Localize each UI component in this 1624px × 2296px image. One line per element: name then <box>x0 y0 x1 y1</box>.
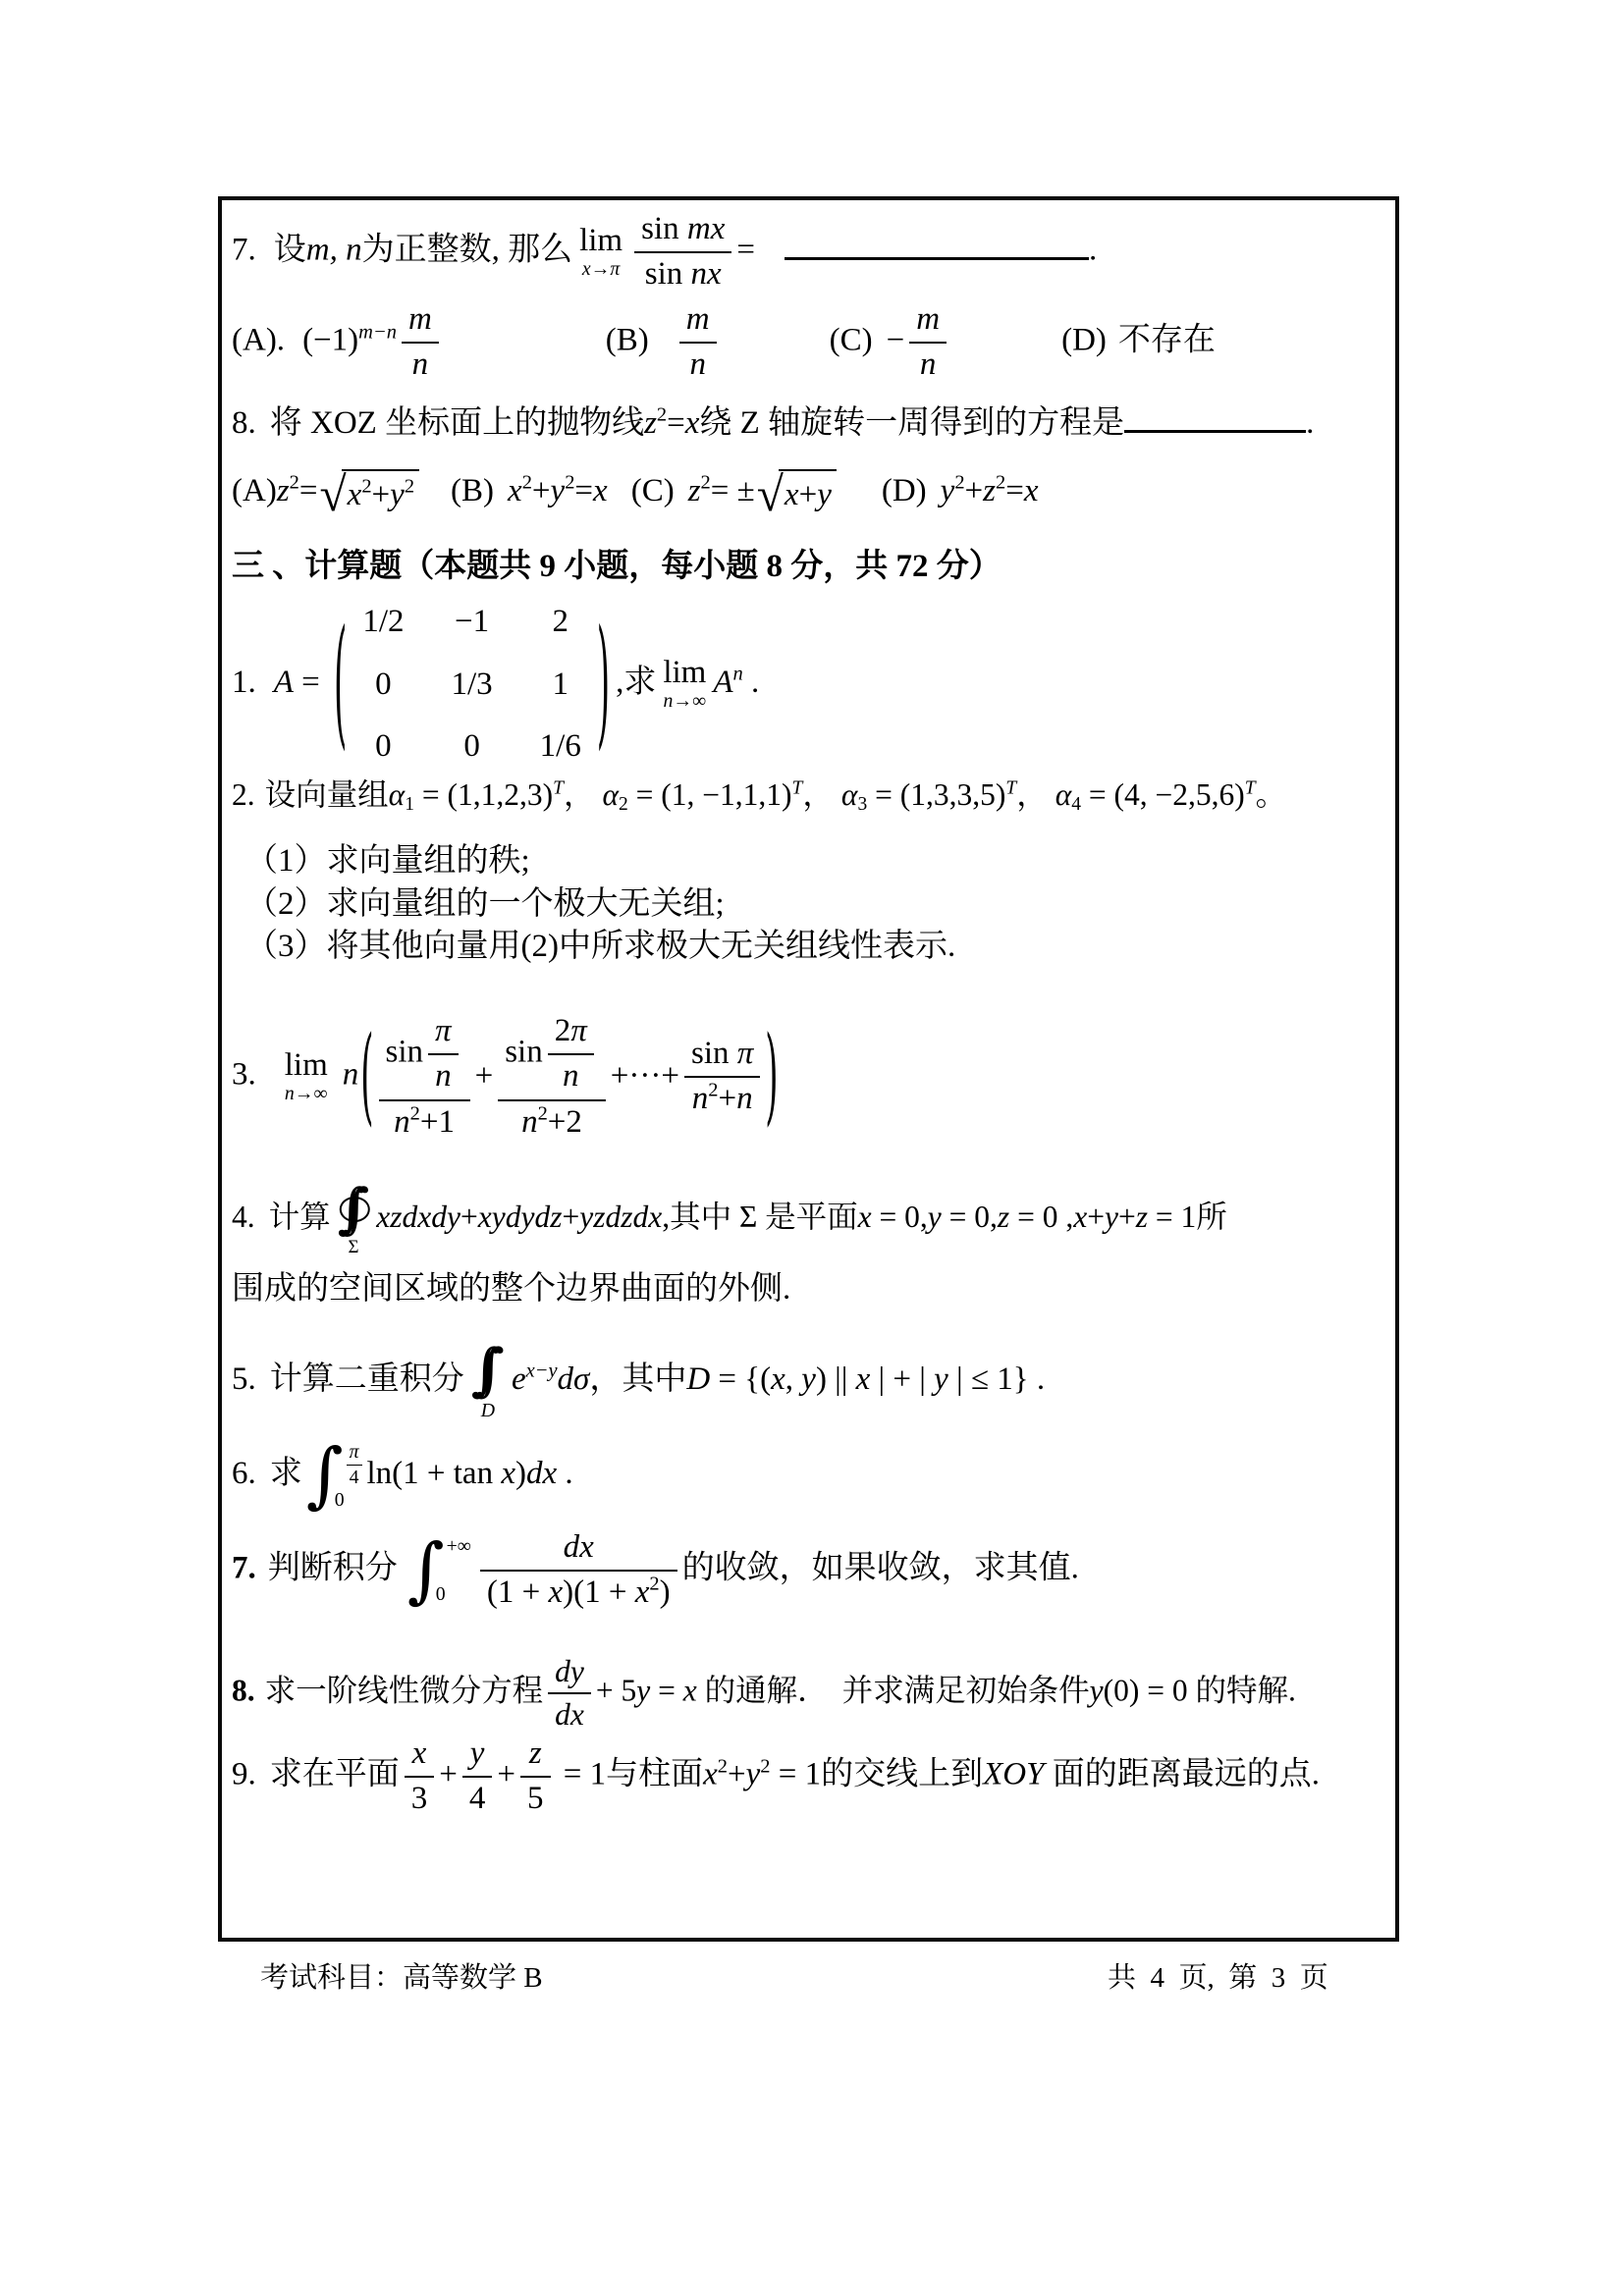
fraction-denominator: 5 <box>520 1778 551 1819</box>
footer-page-number: 共 4 页, 第 3 页 <box>1108 1955 1328 1996</box>
text-run: sin <box>645 256 691 292</box>
superscript: 2 <box>718 1755 728 1777</box>
integral-limits: π40 <box>346 1440 363 1512</box>
text-run: + <box>1087 1200 1105 1234</box>
text-run: 计算 <box>269 1200 331 1234</box>
math-fraction: sinπnn2+1 <box>379 1011 470 1143</box>
text-run: →∞ <box>295 1083 328 1104</box>
math-variable: z <box>1136 1200 1148 1234</box>
superscript: 2 <box>361 476 371 498</box>
line-q2i1: （1）求向量组的秩; <box>245 840 530 883</box>
fraction-numerator: y <box>462 1735 493 1778</box>
matrix-cell: 0 <box>375 725 392 769</box>
fraction-numerator: 2π <box>548 1012 594 1055</box>
math-variable: x <box>348 477 362 512</box>
superscript: 2 <box>290 472 299 494</box>
text-run: 4 <box>1071 794 1081 815</box>
line-q8b: 8.求一阶线性微分方程dydx+ 5y = x 的通解．并求满足初始条件y(0)… <box>232 1653 1296 1734</box>
fraction-numerator: sin mx <box>634 210 731 253</box>
math-variable: x <box>771 1362 785 1397</box>
text-run: = <box>736 233 755 268</box>
math-variable: z <box>983 473 996 508</box>
math-variable: z <box>529 1735 542 1771</box>
text-run: 计算二重积分 <box>270 1362 464 1397</box>
math-variable: dx <box>564 1529 594 1565</box>
text-run: | ≤ 1} <box>948 1362 1029 1397</box>
open-paren-icon: ( <box>334 614 347 755</box>
superscript: x−y <box>526 1361 558 1382</box>
text-run: + <box>728 1757 746 1792</box>
math-variable: m−n <box>358 321 397 343</box>
matrix-cell: 2 <box>552 601 568 644</box>
superscript: 2 <box>701 472 711 494</box>
math-variable: x <box>635 1575 650 1610</box>
superscript: T <box>1245 777 1256 798</box>
math-variable: n <box>663 690 673 712</box>
text-run: 3. <box>232 1056 256 1092</box>
math-variable: T <box>1005 777 1016 798</box>
math-radical: √x+y <box>757 469 837 517</box>
text-run: 求一阶线性微分方程 <box>265 1673 544 1707</box>
line-q3: 3.limn→∞n(sinπnn2+1+sin2πnn2+2+···+sin π… <box>232 1011 781 1143</box>
math-fraction: mn <box>679 300 717 385</box>
matrix-cell: 1/3 <box>451 664 492 707</box>
text-run: + <box>497 1757 515 1792</box>
math-variable: y <box>941 473 955 508</box>
math-fraction: sin mxsin nx <box>634 210 731 294</box>
text-run: 2 <box>708 1080 718 1101</box>
math-variable: A <box>274 665 294 700</box>
fraction-numerator: m <box>402 300 439 344</box>
math-variable: x <box>858 1200 872 1234</box>
footer-exam-subject: 考试科目：高等数学 B <box>260 1955 543 1996</box>
math-variable: x <box>785 477 799 512</box>
text-run: 2 <box>555 1013 571 1048</box>
text-run: = <box>650 1673 683 1707</box>
text-run: ,求 <box>616 665 656 700</box>
text-run: . <box>743 665 760 700</box>
math-fraction: mn <box>402 300 439 385</box>
subscript: 3 <box>857 794 867 815</box>
text-run: 2 <box>619 794 628 815</box>
fraction-numerator: sin2πn <box>498 1011 606 1101</box>
math-variable: y <box>1090 1673 1104 1707</box>
math-fraction: x3 <box>405 1735 435 1819</box>
limit-operator: lim <box>285 1049 328 1082</box>
text-run: 8. <box>232 405 256 441</box>
superscript: T <box>1005 777 1016 798</box>
text-run: 所 <box>1196 1200 1227 1234</box>
fraction-denominator: dx <box>548 1694 591 1734</box>
math-variable: α <box>841 777 858 812</box>
text-run: 2 <box>405 476 414 498</box>
math-variable: x <box>703 1757 718 1792</box>
math-fraction: π4 <box>347 1441 362 1489</box>
math-variable: n <box>343 1056 359 1092</box>
fraction-numerator: m <box>679 300 717 344</box>
text-run: (D) <box>1061 323 1107 358</box>
math-variable: π <box>737 1036 754 1071</box>
text-run: 2 <box>718 1755 728 1777</box>
matrix-cell: 0 <box>375 664 392 707</box>
math-variable: T <box>792 777 803 798</box>
math-variable: xydydz <box>478 1200 563 1234</box>
math-variable: y <box>817 477 832 512</box>
math-variable: dσ <box>558 1362 590 1397</box>
line-q8opts: (A)z2=√x2+y2(B)x2+y2=x(C)z2= ±√x+y(D)y2+… <box>232 469 1039 517</box>
text-run: +···+ <box>611 1055 679 1098</box>
math-variable: n <box>394 1104 410 1140</box>
superscript: 2 <box>649 1574 659 1595</box>
text-run: = {( <box>710 1362 771 1397</box>
text-run: 求在平面 <box>270 1757 400 1792</box>
math-variable: n <box>920 347 937 382</box>
line-q7stem: 7.设m, n为正整数, 那么limx→πsin mxsin nx=. <box>232 210 1097 294</box>
fraction-denominator: n2+1 <box>379 1101 470 1143</box>
math-fraction: 2πn <box>548 1012 594 1096</box>
text-run: 6. <box>232 1456 256 1491</box>
text-run: + <box>1118 1200 1136 1234</box>
math-variable: x <box>508 473 522 508</box>
radicand: x2+y2 <box>342 469 419 517</box>
text-run: 0 <box>436 1583 446 1605</box>
text-run: 2 <box>290 472 299 494</box>
superscript: 2 <box>565 472 574 494</box>
math-variable: A <box>713 665 732 700</box>
text-run: 3 <box>857 794 867 815</box>
text-run: Σ <box>348 1237 358 1257</box>
integral-upper-limit: +∞ <box>447 1536 471 1557</box>
superscript: 2 <box>708 1080 718 1101</box>
line-q7opts: (A).(−1)m−nmn(B)mn(C)−mn(D)不存在 <box>232 300 1216 385</box>
text-run: = <box>299 473 318 508</box>
text-run: 绕 Z 轴旋转一周得到的方程是 <box>699 405 1124 441</box>
text-run: = (1,1,2,3) <box>414 777 553 812</box>
text-run: = <box>667 405 685 441</box>
math-operator: limn→∞ <box>285 1049 328 1104</box>
operator-limit: x→π <box>582 260 620 280</box>
text-run: = ± <box>711 473 755 508</box>
math-variable: x <box>1024 473 1039 508</box>
text-run: ， <box>802 777 834 812</box>
text-run: ) <box>660 1575 671 1610</box>
math-variable: x <box>683 1673 697 1707</box>
group-content: sinπnn2+1+sin2πnn2+2+···+sin πn2+n <box>374 1011 766 1143</box>
operator-limit: Σ <box>348 1239 358 1257</box>
text-run: = 1 <box>771 1757 822 1792</box>
radicand: x+y <box>779 469 837 517</box>
text-run: 并求满足初始条件 <box>842 1673 1090 1707</box>
line-q8stem: 8.将 XOZ 坐标面上的抛物线z2=x绕 Z 轴旋转一周得到的方程是. <box>232 402 1314 446</box>
text-run: （2）求向量组的一个极大无关组; <box>245 886 725 922</box>
text-run: 为正整数, 那么 <box>362 233 573 268</box>
fraction-numerator: π <box>347 1441 362 1466</box>
fraction-numerator: π <box>428 1012 459 1055</box>
math-variable: y <box>934 1362 948 1397</box>
text-run: (A) <box>232 473 277 508</box>
line-q4l2: 围成的空间区域的整个边界曲面的外侧. <box>232 1268 790 1311</box>
text-run: 围成的空间区域的整个边界曲面的外侧. <box>232 1271 790 1307</box>
text-run: +2 <box>548 1104 582 1140</box>
math-variable: y <box>636 1673 650 1707</box>
text-run: ) || <box>816 1362 856 1397</box>
text-run: 5 <box>527 1781 544 1816</box>
text-run: 4 <box>350 1467 359 1488</box>
fraction-numerator: m <box>909 300 947 344</box>
superscript: n <box>733 664 743 685</box>
math-variable: m <box>916 301 940 337</box>
text-run: sin <box>641 211 687 246</box>
definite-integral: ∫+∞0 <box>407 1535 471 1607</box>
integral-limits: +∞0 <box>447 1535 471 1607</box>
fraction-denominator: n <box>548 1055 594 1096</box>
math-variable: mx <box>687 211 725 246</box>
text-run: = <box>1005 473 1024 508</box>
math-variable: x <box>501 1456 515 1491</box>
math-operator: limn→∞ <box>663 657 706 712</box>
matrix-cell: −1 <box>455 601 489 644</box>
text-run: . <box>1029 1362 1046 1397</box>
subscript: 2 <box>619 794 628 815</box>
text-run: = (4, −2,5,6) <box>1081 777 1245 812</box>
surface-integral-icon: ∫∫ <box>338 1182 370 1236</box>
matrix-cell: 1 <box>552 664 568 707</box>
text-run: 。 <box>1256 777 1287 812</box>
text-run: + <box>460 1200 478 1234</box>
text-run: = <box>294 665 328 700</box>
subscript: 1 <box>405 794 414 815</box>
matrix-cell: 1/6 <box>540 725 581 769</box>
fraction-denominator: n <box>909 344 947 385</box>
operator-limit: n→∞ <box>285 1085 328 1104</box>
text-run: 2 <box>954 472 964 494</box>
fraction-denominator: sin nx <box>634 253 731 294</box>
text-run: 2 <box>657 404 667 426</box>
close-paren-icon: ) <box>765 1024 778 1130</box>
math-variable: x <box>856 1362 871 1397</box>
superscript: 2 <box>522 472 532 494</box>
math-variable: y <box>551 473 566 508</box>
text-run: （1）求向量组的秩; <box>245 843 530 879</box>
double-integral-icon: ∫∫ <box>471 1342 505 1399</box>
text-run: )(1 + <box>563 1575 635 1610</box>
text-run: + <box>475 1055 494 1098</box>
text-run: sin <box>691 1036 737 1071</box>
math-fraction: mn <box>909 300 947 385</box>
text-run: 2 <box>701 472 711 494</box>
text-run: 2 <box>996 472 1005 494</box>
matrix-cell: 1/2 <box>362 601 404 644</box>
text-run: 9. <box>232 1757 256 1792</box>
text-run: →∞ <box>673 690 706 712</box>
text-run: = 1 <box>556 1757 607 1792</box>
line-q2stem: 2.设向量组α1 = (1,1,2,3)T，α2 = (1, −1,1,1)T，… <box>232 774 1286 816</box>
math-variable: yzdzdx <box>579 1200 662 1234</box>
math-variable: n <box>412 347 429 382</box>
math-variable: y <box>801 1362 816 1397</box>
text-run: + <box>562 1200 579 1234</box>
fraction-denominator: n2+2 <box>498 1101 606 1143</box>
math-variable: n <box>692 1081 709 1116</box>
math-radical: √x2+y2 <box>320 469 420 517</box>
text-run: (1 + <box>487 1575 549 1610</box>
text-run: 设向量组 <box>265 777 389 812</box>
fraction-denominator: 4 <box>347 1466 362 1489</box>
text-run: +1 <box>420 1104 455 1140</box>
text-run: 不存在 <box>1118 323 1216 358</box>
math-variable: x <box>548 1575 563 1610</box>
text-run: = 0 , <box>1009 1200 1073 1234</box>
fraction-numerator: dx <box>480 1528 677 1572</box>
math-variable: x <box>1073 1200 1087 1234</box>
math-variable: T <box>553 777 564 798</box>
text-run: ， <box>1016 777 1048 812</box>
text-run: ， <box>564 777 595 812</box>
math-variable: D <box>686 1362 710 1397</box>
text-run: + <box>532 473 551 508</box>
math-variable: z <box>277 473 290 508</box>
matrix-grid: 1/2−1201/31001/6 <box>347 597 597 773</box>
math-variable: xzdxdy <box>376 1200 460 1234</box>
bold-text: 7. <box>232 1551 256 1586</box>
text-run: = 0, <box>942 1200 998 1234</box>
math-variable: x <box>685 405 700 441</box>
line-q6: 6.求∫π40ln(1 + tan x)dx . <box>232 1440 573 1512</box>
text-run: → <box>591 258 611 280</box>
fraction-numerator: dy <box>548 1653 591 1694</box>
text-run: − <box>887 323 905 358</box>
text-run: (−1) <box>302 323 358 358</box>
text-run: ) <box>515 1456 526 1491</box>
math-variable: x <box>593 473 608 508</box>
math-variable: x−y <box>526 1361 558 1382</box>
definite-integral: ∫π40 <box>306 1440 363 1512</box>
text-run: | + | <box>870 1362 934 1397</box>
math-variable: nx <box>691 256 722 292</box>
text-run: 将 XOZ 坐标面上的抛物线 <box>270 405 644 441</box>
matrix-cell: 0 <box>463 725 480 769</box>
text-run: 的通解． <box>697 1673 829 1707</box>
math-operator: ∫∫D <box>471 1342 505 1421</box>
text-run: 1. <box>232 665 256 700</box>
close-paren-icon: ) <box>597 614 610 755</box>
text-run: 5. <box>232 1362 256 1397</box>
text-run: 2 <box>361 476 371 498</box>
integral-lower-limit: 0 <box>436 1584 471 1605</box>
fraction-denominator: (1 + x)(1 + x2) <box>480 1572 677 1613</box>
text-run: 2 <box>522 472 532 494</box>
exam-content-border: 7.设m, n为正整数, 那么limx→πsin mxsin nx=.(A).(… <box>218 196 1399 1942</box>
math-variable: e <box>512 1362 526 1397</box>
subscript: 4 <box>1071 794 1081 815</box>
superscript: 2 <box>954 472 964 494</box>
text-run: 2 <box>760 1755 770 1777</box>
fraction-denominator: n <box>402 344 439 385</box>
superscript: 2 <box>405 476 414 498</box>
text-run: = 0, <box>872 1200 928 1234</box>
text-run: (B) <box>606 323 649 358</box>
math-variable: z <box>644 405 657 441</box>
math-variable: π <box>350 1441 359 1463</box>
math-variable: n <box>736 1081 753 1116</box>
math-fraction: dx(1 + x)(1 + x2) <box>480 1528 677 1613</box>
matrix: (1/2−1201/31001/6) <box>334 597 610 773</box>
text-run: ln(1 + tan <box>367 1456 502 1491</box>
text-run: 2 <box>649 1574 659 1595</box>
fraction-numerator: sinπn <box>379 1011 470 1101</box>
math-variable: z <box>688 473 701 508</box>
text-run: + <box>799 477 818 512</box>
math-variable: dx <box>526 1456 557 1491</box>
superscript: T <box>792 777 803 798</box>
limit-operator: lim <box>579 225 623 257</box>
line-sec3: 三 、计算题（本题共 9 小题，每小题 8 分，共 72 分） <box>232 546 1001 589</box>
text-run: 与柱面 <box>606 1757 703 1792</box>
text-run: (D) <box>882 473 927 508</box>
text-run: 4 <box>469 1781 486 1816</box>
text-run: 1 <box>405 794 414 815</box>
line-q2i3: （3）将其他向量用(2)中所求极大无关组线性表示. <box>245 926 955 969</box>
text-run: = <box>574 473 593 508</box>
parenthesized-group: (sinπnn2+1+sin2πnn2+2+···+sin πn2+n) <box>360 1011 778 1143</box>
fraction-denominator: n <box>428 1055 459 1096</box>
exam-page: { "footer": { "left": "考试科目：高等数学 B", "ri… <box>0 0 1624 2296</box>
math-variable: n <box>521 1104 538 1140</box>
text-run: 0 <box>335 1489 345 1511</box>
line-q5: 5.计算二重积分∫∫Dex−ydσ，其中D = {(x, y) || x | +… <box>232 1342 1045 1421</box>
math-fraction: πn <box>428 1012 459 1096</box>
text-run: 2 <box>410 1103 420 1125</box>
text-run: = (1,3,3,5) <box>867 777 1005 812</box>
math-variable: y <box>1105 1200 1118 1234</box>
text-run: 的交线上到 <box>821 1757 983 1792</box>
math-variable: α <box>389 777 406 812</box>
math-variable: m, n <box>306 233 362 268</box>
math-variable: z <box>998 1200 1009 1234</box>
line-q4l1: 4.计算∫∫Σxzdxdy+xydydz+yzdzdx,其中 Σ 是平面x = … <box>232 1182 1227 1257</box>
math-variable: n <box>689 347 706 382</box>
math-variable: n <box>563 1058 579 1094</box>
line-q2i2: （2）求向量组的一个极大无关组; <box>245 883 725 927</box>
text-run: + 5 <box>596 1673 636 1707</box>
math-variable: π <box>610 258 620 280</box>
text-run: . <box>1089 233 1097 268</box>
open-paren-icon: ( <box>360 1024 373 1130</box>
line-q7b: 7.判断积分∫+∞0dx(1 + x)(1 + x2)的收敛，如果收敛，求其值. <box>232 1528 1079 1613</box>
superscript: 2 <box>657 404 667 426</box>
fraction-numerator: z <box>520 1735 551 1778</box>
math-variable: x <box>582 258 591 280</box>
math-variable: y <box>470 1735 485 1771</box>
fraction-denominator: 3 <box>405 1778 435 1819</box>
text-run: 2. <box>232 777 255 812</box>
text-run: (C) <box>830 323 873 358</box>
limit-operator: lim <box>663 657 706 689</box>
text-run: 4. <box>232 1200 255 1234</box>
text-run: sin <box>505 1035 543 1070</box>
text-run: 判断积分 <box>268 1551 398 1586</box>
superscript: 2 <box>760 1755 770 1777</box>
text-run: = (1, −1,1,1) <box>628 777 792 812</box>
superscript: T <box>553 777 564 798</box>
superscript: 2 <box>996 472 1005 494</box>
math-variable: m <box>408 301 432 337</box>
text-run: (A). <box>232 323 285 358</box>
superscript: 2 <box>538 1103 548 1125</box>
text-run: . <box>557 1456 573 1491</box>
text-run: = 1 <box>1148 1200 1196 1234</box>
math-variable: XOY <box>983 1757 1044 1792</box>
